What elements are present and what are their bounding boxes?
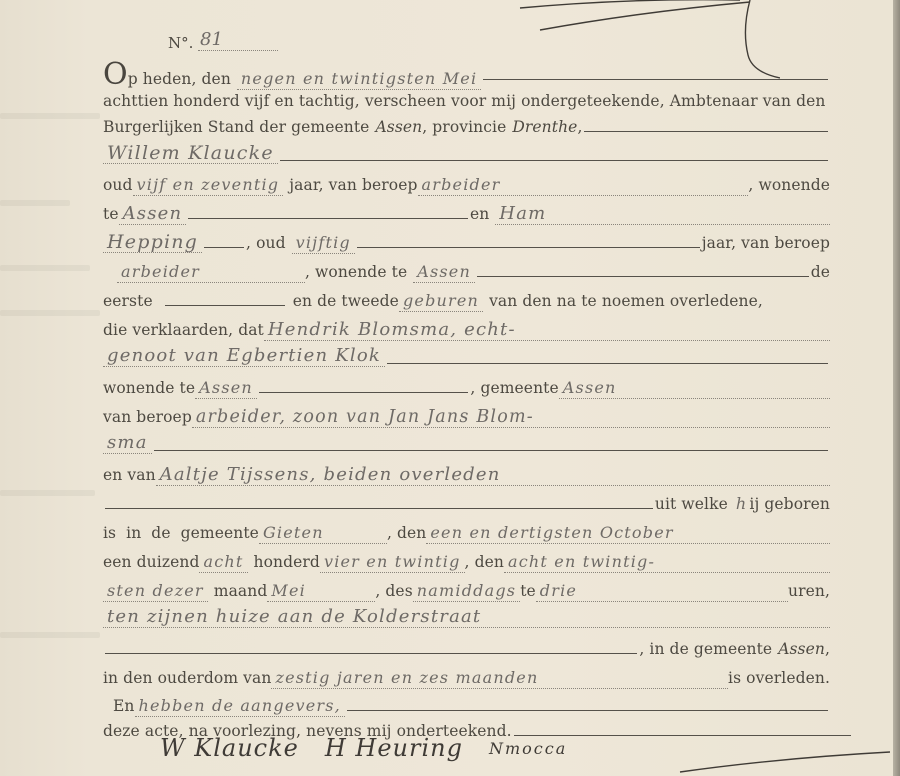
signature-declarant-2: H Heuring [325, 734, 463, 762]
printed-text: oud [103, 172, 133, 198]
handwritten-month: Mei [267, 581, 375, 602]
printed-text: En [113, 693, 135, 719]
line-deceased-occupation: van beroep arbeider, zoon van Jan Jans B… [103, 404, 830, 430]
number-value: 81 [198, 30, 278, 51]
handwritten-occupation: arbeider [117, 262, 305, 283]
printed-text: uren, [788, 578, 830, 604]
fill-rule [347, 710, 828, 711]
page-edge [893, 0, 900, 776]
fill-rule [188, 218, 468, 219]
line-relation: eerste en de tweede geburen van den na t… [103, 288, 830, 314]
handwritten-year: vier en twintig [320, 552, 465, 573]
signature-registrar: Nmocca [489, 739, 567, 758]
handwritten-death-day: acht en twintig- [504, 552, 830, 573]
handwritten-occupation-parents: arbeider, zoon van Jan Jans Blom- [192, 407, 830, 428]
handwritten-relation: geburen [399, 291, 483, 312]
fill-rule [584, 131, 828, 132]
handwritten-residence: Assen [413, 262, 475, 283]
fill-rule [357, 247, 700, 248]
province-name: Drenthe [512, 114, 577, 140]
bleed-through-mark [0, 310, 100, 316]
printed-text: en de tweede [293, 288, 399, 314]
line-death-municipality: , in de gemeente Assen , [103, 636, 830, 662]
printed-text: , [577, 114, 582, 140]
handwritten-age-at-death: zestig jaren en zes maanden [271, 668, 728, 689]
fill-rule [204, 247, 244, 248]
signature-declarant-1: W Klaucke [160, 734, 299, 762]
handwritten-declarant-name: Willem Klaucke [103, 143, 278, 164]
handwritten-death-location: ten zijnen huize aan de Kolderstraat [103, 607, 830, 628]
printed-text: wonende te [103, 375, 195, 401]
printed-text: jaar, van beroep [289, 172, 417, 198]
handwritten-signers: hebben de aangevers, [135, 696, 345, 717]
printed-text: de [811, 259, 830, 285]
printed-text: maand [214, 578, 268, 604]
printed-text: is in de gemeente [103, 520, 259, 546]
printed-text: , den [387, 520, 426, 546]
line-death-place: ten zijnen huize aan de Kolderstraat [103, 607, 830, 633]
handwritten-pronoun: h [734, 494, 750, 514]
municipality-name: Assen [778, 636, 825, 662]
handwritten-spouse-name: genoot van Egbertien Klok [103, 346, 385, 367]
line-deceased: die verklaarden, dat Hendrik Blomsma, ec… [103, 317, 830, 343]
municipality-name: Assen [375, 114, 422, 140]
bleed-through-mark [0, 113, 100, 119]
line-declarant-1: Willem Klaucke [103, 143, 830, 169]
printed-text: , gemeente [470, 375, 558, 401]
printed-text: honderd [254, 549, 320, 575]
handwritten-age: vijf en zeventig [133, 175, 284, 196]
handwritten-deceased-name: Hendrik Blomsma, echt- [264, 320, 830, 341]
line-date: O p heden, den negen en twintigsten Mei [103, 62, 830, 88]
line-continuation: sma [103, 433, 830, 459]
handwritten-continuation: sma [103, 433, 152, 454]
printed-text: achttien honderd vijf en tachtig, versch… [103, 88, 825, 114]
printed-text: , in de gemeente [639, 636, 772, 662]
line-birthplace: is in de gemeente Gieten , den een en de… [103, 520, 830, 546]
handwritten-birthplace: Gieten [259, 523, 387, 544]
handwritten-death-day-cont: sten dezer [103, 581, 208, 602]
line-mother: en van Aaltje Tijssens, beiden overleden [103, 462, 830, 488]
line-declarant-2: Hepping , oud vijftig jaar, van beroep [103, 230, 830, 256]
number-label: N°. [168, 34, 193, 52]
fill-rule [105, 653, 637, 654]
printed-text: , den [465, 549, 504, 575]
fill-rule [105, 508, 653, 509]
handwritten-municipality: Assen [559, 378, 830, 399]
handwritten-occupation: arbeider [418, 175, 749, 196]
printed-text: een duizend [103, 549, 199, 575]
printed-text: uit welke [655, 491, 728, 517]
handwritten-declarant-2-surname: Hepping [103, 232, 202, 253]
printed-text: en [470, 201, 489, 227]
bleed-through-mark [0, 200, 70, 206]
printed-text: , oud [246, 230, 286, 256]
printed-text: Burgerlijken Stand der gemeente [103, 114, 369, 140]
printed-text: te [103, 201, 119, 227]
handwritten-declarant-2-first-name: Ham [495, 204, 830, 225]
handwritten-mother-name: Aaltje Tijssens, beiden overleden [156, 465, 830, 486]
line-spouse: genoot van Egbertien Klok [103, 346, 830, 372]
handwritten-birth-date: een en dertigsten October [426, 523, 830, 544]
line-residence-1: te Assen en Ham [103, 201, 830, 227]
printed-text: die verklaarden, dat [103, 317, 264, 343]
line-year: achttien honderd vijf en tachtig, versch… [103, 88, 830, 114]
line-born-intro: uit welke h ij geboren [103, 491, 830, 517]
printed-text: eerste [103, 288, 153, 314]
printed-text: in den ouderdom van [103, 665, 271, 691]
handwritten-hour: drie [536, 581, 788, 602]
bleed-through-mark [0, 490, 95, 496]
fill-rule [154, 450, 828, 451]
fill-rule [165, 305, 285, 306]
handwritten-age: vijftig [292, 233, 355, 254]
signatures: W Klaucke H Heuring Nmocca [160, 728, 880, 768]
fill-rule [477, 276, 809, 277]
printed-text: , des [375, 578, 412, 604]
line-death-time: sten dezer maand Mei , des namiddags te … [103, 578, 830, 604]
printed-text: , wonende [748, 172, 830, 198]
printed-text: van beroep [103, 404, 192, 430]
printed-text: en van [103, 462, 156, 488]
printed-text: ij geboren [749, 491, 830, 517]
printed-text: te [520, 578, 536, 604]
handwritten-century: acht [199, 552, 247, 573]
line-age-at-death: in den ouderdom van zestig jaren en zes … [103, 665, 830, 691]
handwritten-time-of-day: namiddags [413, 581, 520, 602]
printed-text: is overleden. [728, 665, 830, 691]
handwritten-residence: Assen [119, 204, 187, 225]
line-deceased-residence: wonende te Assen , gemeente Assen [103, 375, 830, 401]
line-birth-year: een duizend acht honderd vier en twintig… [103, 549, 830, 575]
bleed-through-mark [0, 265, 90, 271]
bleed-through-mark [0, 632, 100, 638]
line-municipality: Burgerlijken Stand der gemeente Assen , … [103, 114, 830, 140]
printed-text: van den na te noemen overledene, [489, 288, 763, 314]
printed-text: jaar, van beroep [702, 230, 830, 256]
fill-rule [387, 363, 828, 364]
line-declarant-2-job: arbeider , wonende te Assen de [103, 259, 830, 285]
initial-letter: O [103, 62, 128, 88]
line-declarant-1-age: oud vijf en zeventig jaar, van beroep ar… [103, 172, 830, 198]
printed-text: , [825, 636, 830, 662]
fill-rule [483, 79, 828, 80]
printed-text: , provincie [422, 114, 506, 140]
fill-rule [280, 160, 828, 161]
printed-text: , wonende te [305, 259, 407, 285]
line-declarants-sign: En hebben de aangevers, [103, 693, 830, 719]
fill-rule [259, 392, 468, 393]
handwritten-day: negen en twintigsten Mei [237, 69, 481, 90]
handwritten-residence: Assen [195, 378, 257, 399]
